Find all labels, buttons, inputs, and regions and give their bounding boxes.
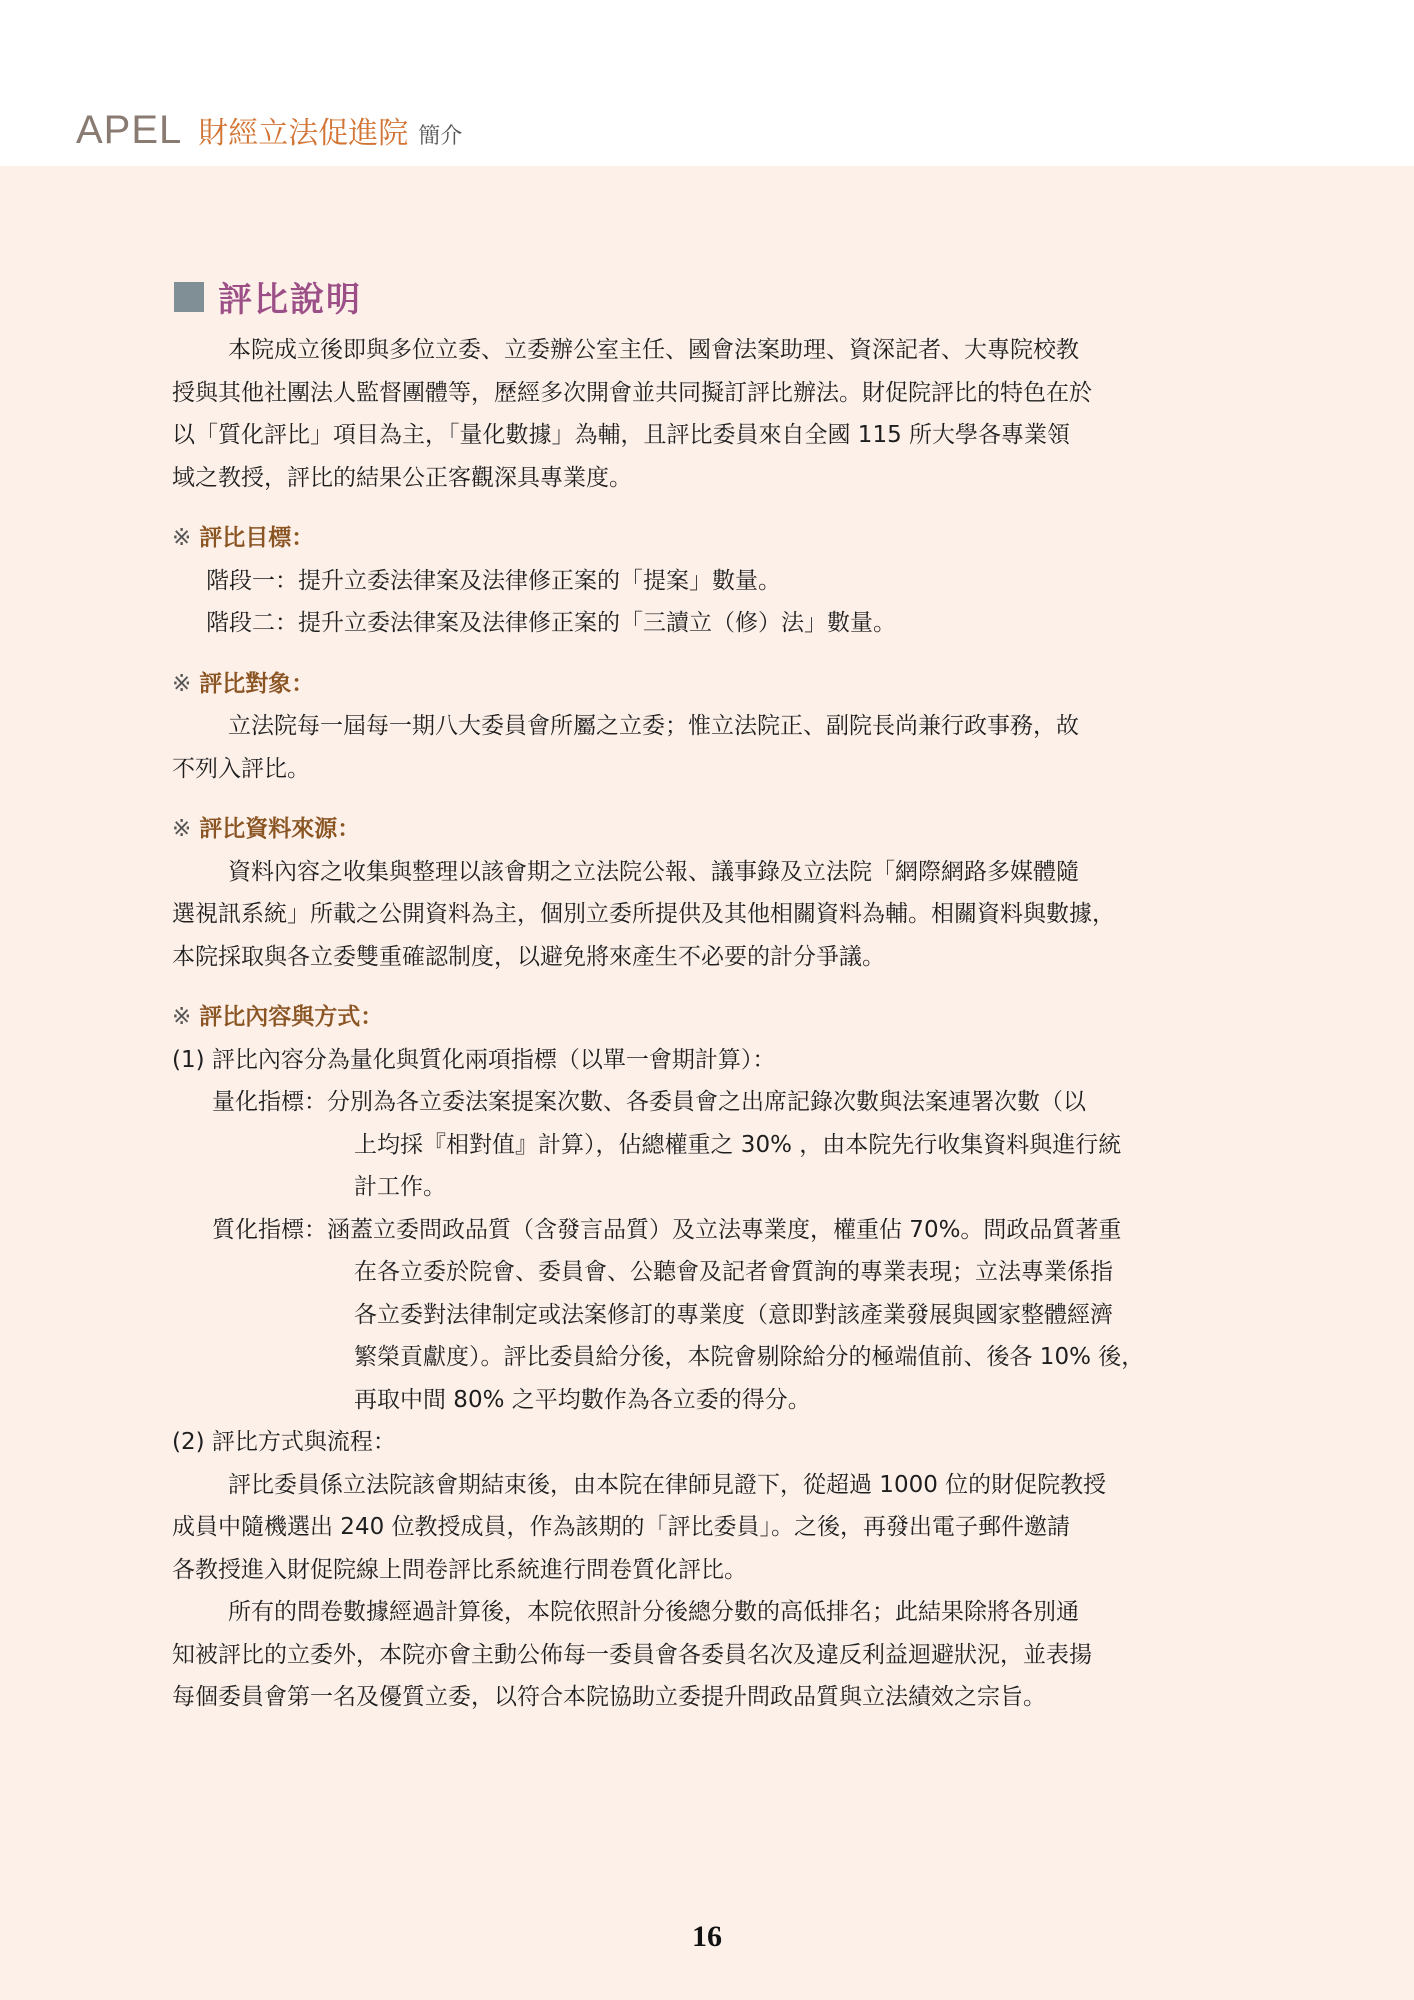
part2-title: (2) 評比方式與流程： (172, 1421, 1272, 1464)
targets-heading: ※ 評比對象： (172, 663, 1272, 706)
text-line: 每個委員會第一名及優質立委，以符合本院協助立委提升問政品質與立法績效之宗旨。 (172, 1676, 1272, 1719)
reference-mark-icon: ※ (172, 671, 191, 697)
method-block: ※ 評比內容與方式： (1) 評比內容分為量化與質化兩項指標（以單一會期計算）：… (172, 996, 1272, 1719)
document-body: 本院成立後即與多位立委、立委辦公室主任、國會法案助理、資深記者、大專院校教 授與… (172, 329, 1272, 1719)
sources-heading-text: 評比資料來源： (199, 816, 360, 842)
text-line: 授與其他社團法人監督團體等，歷經多次開會並共同擬訂評比辦法。財促院評比的特色在於 (172, 372, 1272, 415)
sources-heading: ※ 評比資料來源： (172, 808, 1272, 851)
qualitative-first-line: 質化指標：涵蓋立委問政品質（含發言品質）及立法專業度，權重佔 70%。問政品質著… (172, 1209, 1272, 1252)
reference-mark-icon: ※ (172, 816, 191, 842)
method-heading-text: 評比內容與方式： (199, 1004, 383, 1030)
targets-block: ※ 評比對象： 立法院每一屆每一期八大委員會所屬之立委；惟立法院正、副院長尚兼行… (172, 663, 1272, 791)
square-bullet-icon (174, 282, 204, 312)
text-line: 所有的問卷數據經過計算後，本院依照計分後總分數的高低排名；此結果除將各別通 (172, 1591, 1272, 1634)
text-line: 選視訊系統」所載之公開資料為主，個別立委所提供及其他相關資料為輔。相關資料與數據… (172, 893, 1272, 936)
process-paragraph-2: 所有的問卷數據經過計算後，本院依照計分後總分數的高低排名；此結果除將各別通 知被… (172, 1591, 1272, 1719)
text-line: 不列入評比。 (172, 748, 1272, 791)
text-line: 本院成立後即與多位立委、立委辦公室主任、國會法案助理、資深記者、大專院校教 (172, 329, 1272, 372)
qualitative-label: 質化指標： (212, 1217, 327, 1243)
section-heading: 評比說明 (174, 272, 362, 321)
method-heading: ※ 評比內容與方式： (172, 996, 1272, 1039)
page-header: APEL 財經立法促進院 簡介 (0, 0, 1414, 166)
quantitative-label: 量化指標： (212, 1089, 327, 1115)
part1-title: (1) 評比內容分為量化與質化兩項指標（以單一會期計算）： (172, 1039, 1272, 1082)
text-line: 再取中間 80% 之平均數作為各立委的得分。 (172, 1379, 1272, 1422)
text-line: 成員中隨機選出 240 位教授成員，作為該期的「評比委員」。之後，再發出電子郵件… (172, 1506, 1272, 1549)
text-line: 分別為各立委法案提案次數、各委員會之出席記錄次數與法案連署次數（以 (327, 1089, 1086, 1115)
text-line: 各教授進入財促院線上問卷評比系統進行問卷質化評比。 (172, 1549, 1272, 1592)
text-line: 各立委對法律制定或法案修訂的專業度（意即對該產業發展與國家整體經濟 (172, 1294, 1272, 1337)
quantitative-first-line: 量化指標：分別為各立委法案提案次數、各委員會之出席記錄次數與法案連署次數（以 (172, 1081, 1272, 1124)
text-line: 計工作。 (172, 1166, 1272, 1209)
goals-heading: ※ 評比目標： (172, 517, 1272, 560)
text-line: 資料內容之收集與整理以該會期之立法院公報、議事錄及立法院「網際網路多媒體隨 (172, 851, 1272, 894)
organization-name: 財經立法促進院 (198, 108, 408, 152)
intro-paragraph: 本院成立後即與多位立委、立委辦公室主任、國會法案助理、資深記者、大專院校教 授與… (172, 329, 1272, 499)
quantitative-indicator: 量化指標：分別為各立委法案提案次數、各委員會之出席記錄次數與法案連署次數（以 上… (172, 1081, 1272, 1209)
text-line: 上均採『相對值』計算），佔總權重之 30% ，由本院先行收集資料與進行統 (172, 1124, 1272, 1167)
qualitative-indicator: 質化指標：涵蓋立委問政品質（含發言品質）及立法專業度，權重佔 70%。問政品質著… (172, 1209, 1272, 1422)
reference-mark-icon: ※ (172, 525, 191, 551)
text-line: 以「質化評比」項目為主，「量化數據」為輔，且評比委員來自全國 115 所大學各專… (172, 414, 1272, 457)
sources-block: ※ 評比資料來源： 資料內容之收集與整理以該會期之立法院公報、議事錄及立法院「網… (172, 808, 1272, 978)
goals-block: ※ 評比目標： 階段一：提升立委法律案及法律修正案的「提案」數量。 階段二：提升… (172, 517, 1272, 645)
goal-item: 階段二：提升立委法律案及法律修正案的「三讀立（修）法」數量。 (172, 602, 1272, 645)
section-title: 評比說明 (218, 272, 362, 321)
targets-heading-text: 評比對象： (199, 671, 314, 697)
process-paragraph-1: 評比委員係立法院該會期結束後，由本院在律師見證下，從超過 1000 位的財促院教… (172, 1464, 1272, 1592)
goals-heading-text: 評比目標： (199, 525, 314, 551)
text-line: 域之教授，評比的結果公正客觀深具專業度。 (172, 457, 1272, 500)
text-line: 本院採取與各立委雙重確認制度，以避免將來產生不必要的計分爭議。 (172, 936, 1272, 979)
reference-mark-icon: ※ (172, 1004, 191, 1030)
text-line: 評比委員係立法院該會期結束後，由本院在律師見證下，從超過 1000 位的財促院教… (172, 1464, 1272, 1507)
header-title: APEL 財經立法促進院 簡介 (76, 108, 462, 153)
text-line: 知被評比的立委外，本院亦會主動公佈每一委員會各委員名次及違反利益迴避狀況，並表揚 (172, 1634, 1272, 1677)
text-line: 涵蓋立委問政品質（含發言品質）及立法專業度，權重佔 70%。問政品質著重 (327, 1217, 1121, 1243)
text-line: 繁榮貢獻度）。評比委員給分後，本院會剔除給分的極端值前、後各 10% 後， (172, 1336, 1272, 1379)
page-number: 16 (0, 1920, 1414, 1954)
brand-logo-text: APEL (76, 108, 182, 153)
goal-item: 階段一：提升立委法律案及法律修正案的「提案」數量。 (172, 560, 1272, 603)
text-line: 立法院每一屆每一期八大委員會所屬之立委；惟立法院正、副院長尚兼行政事務，故 (172, 705, 1272, 748)
text-line: 在各立委於院會、委員會、公聽會及記者會質詢的專業表現；立法專業係指 (172, 1251, 1272, 1294)
header-subtitle: 簡介 (418, 119, 462, 150)
